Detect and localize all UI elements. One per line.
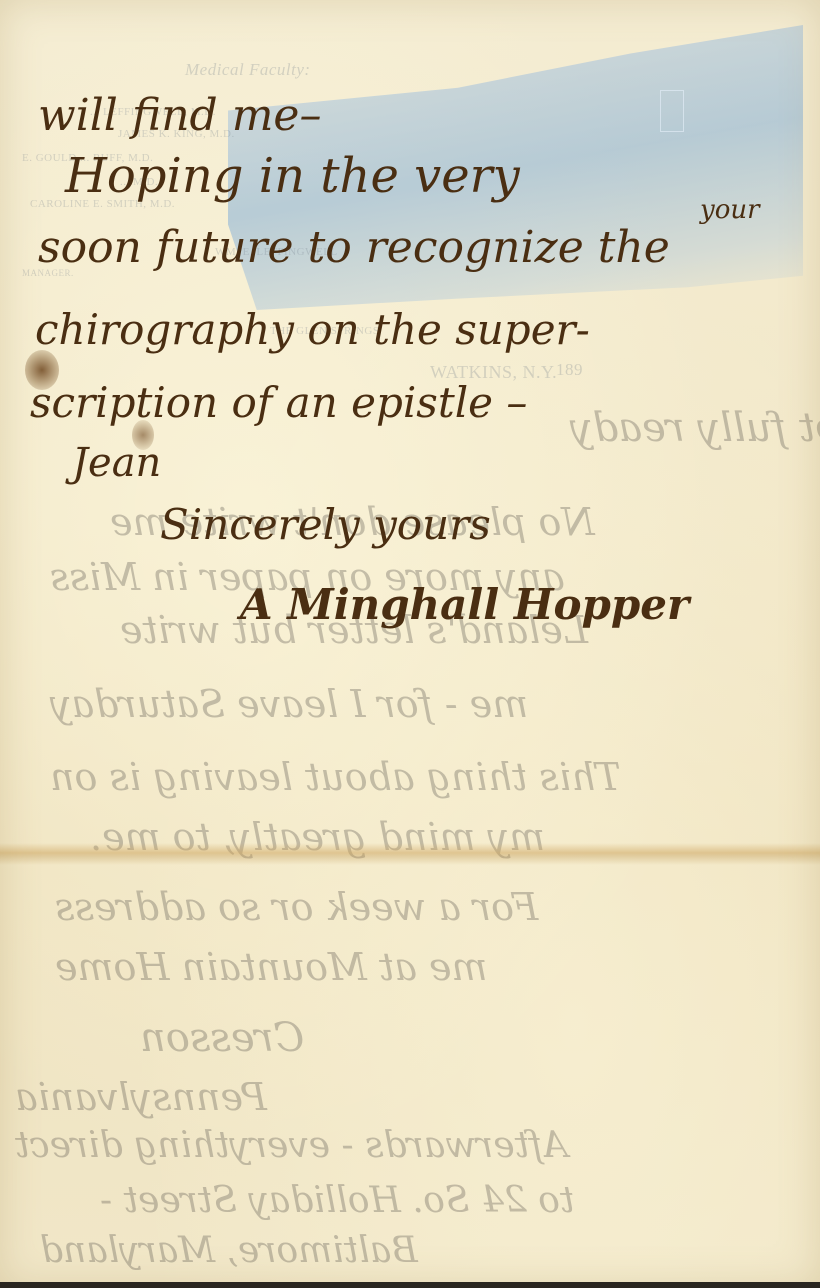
letter-page: Medical Faculty: ... LEFFINGWELL, M.D. J… [0, 0, 820, 1288]
signature: A Minghall Hopper [240, 580, 689, 629]
bleed-line: Baltimore, Maryland [40, 1230, 418, 1271]
closing-word: Jean [72, 440, 161, 486]
bleed-line: P.S. - N.B. - Not fully ready [570, 405, 820, 451]
signoff: Sincerely yours [160, 500, 491, 549]
letter-line: chirography on the super- [35, 305, 590, 354]
bleed-line: Pennsylvania [15, 1075, 267, 1119]
scan-edge [0, 1282, 820, 1288]
letter-line: scription of an epistle – [30, 378, 527, 427]
letter-line: Hoping in the very [65, 148, 520, 204]
bleed-line: me - for I leave Saturday [50, 682, 528, 726]
bleed-line: This thing about leaving is on [50, 755, 621, 799]
engraving-building [660, 90, 684, 132]
bleed-line: Cresson [140, 1015, 304, 1061]
bleed-line: For a week or so address [55, 885, 538, 929]
paper-fold [0, 843, 820, 865]
letter-line: soon future to recognize the [38, 222, 670, 273]
letter-line: will find me– [38, 90, 321, 141]
bleed-line: me at Mountain Home [55, 945, 488, 989]
letterhead-faculty-heading: Medical Faculty: [185, 60, 311, 80]
bleed-line: to 24 So. Holliday Street - [100, 1180, 574, 1221]
letterhead-date-line: 189 [556, 360, 583, 380]
letter-insertion: your [700, 195, 760, 225]
bleed-line: Afterwards - everything direct [15, 1125, 568, 1166]
